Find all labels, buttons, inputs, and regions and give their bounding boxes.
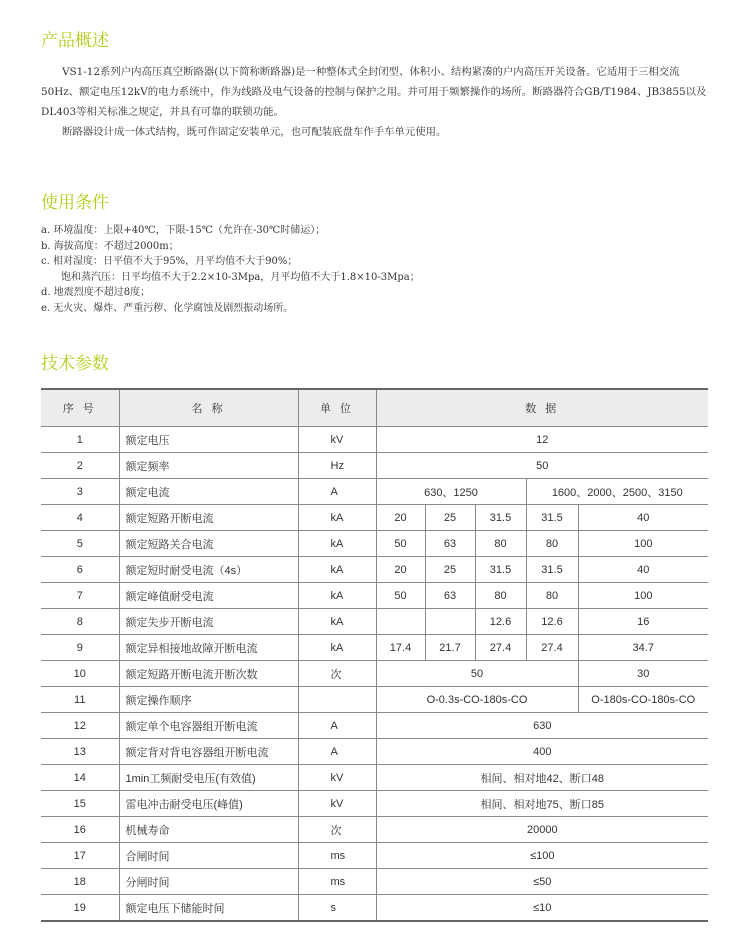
row-name: 雷电冲击耐受电压(峰值)	[119, 791, 298, 817]
row-number: 14	[41, 765, 119, 791]
row-number: 13	[41, 739, 119, 765]
table-row: 10额定短路开断电流开断次数次5030	[41, 661, 708, 687]
table-row: 16机械寿命次20000	[41, 817, 708, 843]
row-unit: 次	[298, 661, 376, 687]
parameters-table: 序 号 名 称 单 位 数 据 1额定电压kV122额定频率Hz503额定电流A…	[41, 388, 708, 922]
condition-item-b: b. 海拔高度：不超过2000m；	[41, 239, 701, 255]
table-row: 7额定峰值耐受电流kA50638080100	[41, 583, 708, 609]
overview-title: 产品概述	[41, 26, 109, 51]
row-value: ≤50	[376, 869, 708, 895]
row-value-c5: 40	[578, 505, 708, 531]
row-value-c2: 21.7	[425, 635, 475, 661]
row-value: ≤100	[376, 843, 708, 869]
condition-item-c-sub: 饱和蒸汽压：日平均值不大于2.2×10-3Mpa，月平均值不大于1.8×10-3…	[41, 270, 701, 286]
row-unit: A	[298, 739, 376, 765]
condition-item-e: e. 无火灾、爆炸、严重污秽、化学腐蚀及剧烈振动场所。	[41, 301, 701, 317]
table-row: 5额定短路关合电流kA50638080100	[41, 531, 708, 557]
header-name: 名 称	[119, 389, 298, 427]
overview-paragraph-1: VS1-12系列户内高压真空断路器(以下简称断路器)是一种整体式全封闭型、体积小…	[41, 62, 711, 122]
row-value-c2: 25	[425, 505, 475, 531]
row-value-c1: 20	[376, 557, 425, 583]
row-value-c3: 80	[475, 531, 526, 557]
row-value-c3: 12.6	[475, 609, 526, 635]
header-unit: 单 位	[298, 389, 376, 427]
row-value-c5: 40	[578, 557, 708, 583]
row-value-left: O-0.3s-CO-180s-CO	[376, 687, 578, 713]
row-value-c4: 27.4	[526, 635, 578, 661]
row-value: 630	[376, 713, 708, 739]
row-value-c3: 31.5	[475, 505, 526, 531]
row-value-right: 1600、2000、2500、3150	[526, 479, 708, 505]
row-value-c1	[376, 609, 425, 635]
row-number: 19	[41, 895, 119, 922]
table-row: 12额定单个电容器组开断电流A630	[41, 713, 708, 739]
table-header-row: 序 号 名 称 单 位 数 据	[41, 389, 708, 427]
row-value-c4: 12.6	[526, 609, 578, 635]
row-name: 额定失步开断电流	[119, 609, 298, 635]
row-value-c5: 100	[578, 531, 708, 557]
table-row: 8额定失步开断电流kA12.612.616	[41, 609, 708, 635]
row-value-c2	[425, 609, 475, 635]
table-row: 4额定短路开断电流kA202531.531.540	[41, 505, 708, 531]
row-number: 11	[41, 687, 119, 713]
row-name: 机械寿命	[119, 817, 298, 843]
table-row: 9额定异相接地故障开断电流kA17.421.727.427.434.7	[41, 635, 708, 661]
conditions-title: 使用条件	[41, 188, 109, 213]
row-unit: Hz	[298, 453, 376, 479]
header-no: 序 号	[41, 389, 119, 427]
row-name: 额定操作顺序	[119, 687, 298, 713]
row-value-c4: 31.5	[526, 505, 578, 531]
row-number: 4	[41, 505, 119, 531]
row-unit: kA	[298, 635, 376, 661]
row-value-left: 50	[376, 661, 578, 687]
table-row: 141min工频耐受电压(有效值)kV相间、相对地42、断口48	[41, 765, 708, 791]
row-number: 15	[41, 791, 119, 817]
table-row: 15雷电冲击耐受电压(峰值)kV相间、相对地75、断口85	[41, 791, 708, 817]
row-number: 1	[41, 427, 119, 453]
table-row: 17合闸时间ms≤100	[41, 843, 708, 869]
row-unit: s	[298, 895, 376, 922]
row-name: 额定异相接地故障开断电流	[119, 635, 298, 661]
header-data: 数 据	[376, 389, 708, 427]
row-unit: kA	[298, 531, 376, 557]
row-unit	[298, 687, 376, 713]
condition-item-a: a. 环境温度：上限+40℃，下限-15℃（允许在-30℃时储运）；	[41, 223, 701, 239]
row-number: 10	[41, 661, 119, 687]
row-value: ≤10	[376, 895, 708, 922]
row-value-c3: 80	[475, 583, 526, 609]
row-name: 额定短路开断电流	[119, 505, 298, 531]
row-unit: kV	[298, 427, 376, 453]
row-unit: kV	[298, 791, 376, 817]
row-value: 相间、相对地75、断口85	[376, 791, 708, 817]
row-number: 9	[41, 635, 119, 661]
table-row: 13额定背对背电容器组开断电流A400	[41, 739, 708, 765]
row-value: 400	[376, 739, 708, 765]
row-unit: kA	[298, 557, 376, 583]
row-value-c1: 50	[376, 531, 425, 557]
row-number: 6	[41, 557, 119, 583]
row-value: 相间、相对地42、断口48	[376, 765, 708, 791]
row-unit: kV	[298, 765, 376, 791]
table-row: 2额定频率Hz50	[41, 453, 708, 479]
row-unit: A	[298, 713, 376, 739]
row-number: 3	[41, 479, 119, 505]
row-unit: A	[298, 479, 376, 505]
row-value: 50	[376, 453, 708, 479]
row-value-c2: 63	[425, 583, 475, 609]
row-value-c1: 50	[376, 583, 425, 609]
row-value-c4: 80	[526, 583, 578, 609]
table-row: 1额定电压kV12	[41, 427, 708, 453]
row-name: 额定电压下储能时间	[119, 895, 298, 922]
row-unit: kA	[298, 505, 376, 531]
row-number: 18	[41, 869, 119, 895]
row-name: 合闸时间	[119, 843, 298, 869]
overview-paragraph-2: 断路器设计成一体式结构，既可作固定安装单元，也可配装底盘车作手车单元使用。	[41, 122, 711, 142]
row-value-c2: 25	[425, 557, 475, 583]
row-number: 7	[41, 583, 119, 609]
row-value-c4: 31.5	[526, 557, 578, 583]
row-number: 2	[41, 453, 119, 479]
row-value-c1: 20	[376, 505, 425, 531]
row-name: 额定短路关合电流	[119, 531, 298, 557]
row-name: 额定峰值耐受电流	[119, 583, 298, 609]
row-value-c5: 16	[578, 609, 708, 635]
row-value: 20000	[376, 817, 708, 843]
table-row: 3额定电流A630、12501600、2000、2500、3150	[41, 479, 708, 505]
row-name: 额定短路开断电流开断次数	[119, 661, 298, 687]
row-value-c5: 100	[578, 583, 708, 609]
row-number: 16	[41, 817, 119, 843]
row-number: 17	[41, 843, 119, 869]
table-row: 11额定操作顺序O-0.3s-CO-180s-COO-180s-CO-180s-…	[41, 687, 708, 713]
table-row: 6额定短时耐受电流（4s）kA202531.531.540	[41, 557, 708, 583]
row-value: 12	[376, 427, 708, 453]
row-name: 额定频率	[119, 453, 298, 479]
row-name: 额定电压	[119, 427, 298, 453]
row-unit: ms	[298, 869, 376, 895]
row-value-right: 30	[578, 661, 708, 687]
row-value-c4: 80	[526, 531, 578, 557]
row-value-c3: 27.4	[475, 635, 526, 661]
row-name: 额定背对背电容器组开断电流	[119, 739, 298, 765]
row-value-c2: 63	[425, 531, 475, 557]
row-name: 额定短时耐受电流（4s）	[119, 557, 298, 583]
condition-item-c: c. 相对湿度：日平值不大于95%，月平均值不大于90%；	[41, 254, 701, 270]
row-unit: kA	[298, 609, 376, 635]
row-name: 1min工频耐受电压(有效值)	[119, 765, 298, 791]
row-number: 12	[41, 713, 119, 739]
overview-text: VS1-12系列户内高压真空断路器(以下简称断路器)是一种整体式全封闭型、体积小…	[41, 62, 711, 142]
params-title: 技术参数	[41, 349, 109, 374]
table-row: 19额定电压下储能时间s≤10	[41, 895, 708, 922]
condition-item-d: d. 地震烈度不超过8度；	[41, 285, 701, 301]
conditions-list: a. 环境温度：上限+40℃，下限-15℃（允许在-30℃时储运）； b. 海拔…	[41, 223, 701, 316]
row-unit: ms	[298, 843, 376, 869]
row-value-c5: 34.7	[578, 635, 708, 661]
row-name: 额定单个电容器组开断电流	[119, 713, 298, 739]
row-value-right: O-180s-CO-180s-CO	[578, 687, 708, 713]
table-row: 18分闸时间ms≤50	[41, 869, 708, 895]
row-value-left: 630、1250	[376, 479, 526, 505]
row-value-c1: 17.4	[376, 635, 425, 661]
row-unit: kA	[298, 583, 376, 609]
row-number: 5	[41, 531, 119, 557]
row-name: 分闸时间	[119, 869, 298, 895]
row-name: 额定电流	[119, 479, 298, 505]
row-unit: 次	[298, 817, 376, 843]
row-number: 8	[41, 609, 119, 635]
row-value-c3: 31.5	[475, 557, 526, 583]
